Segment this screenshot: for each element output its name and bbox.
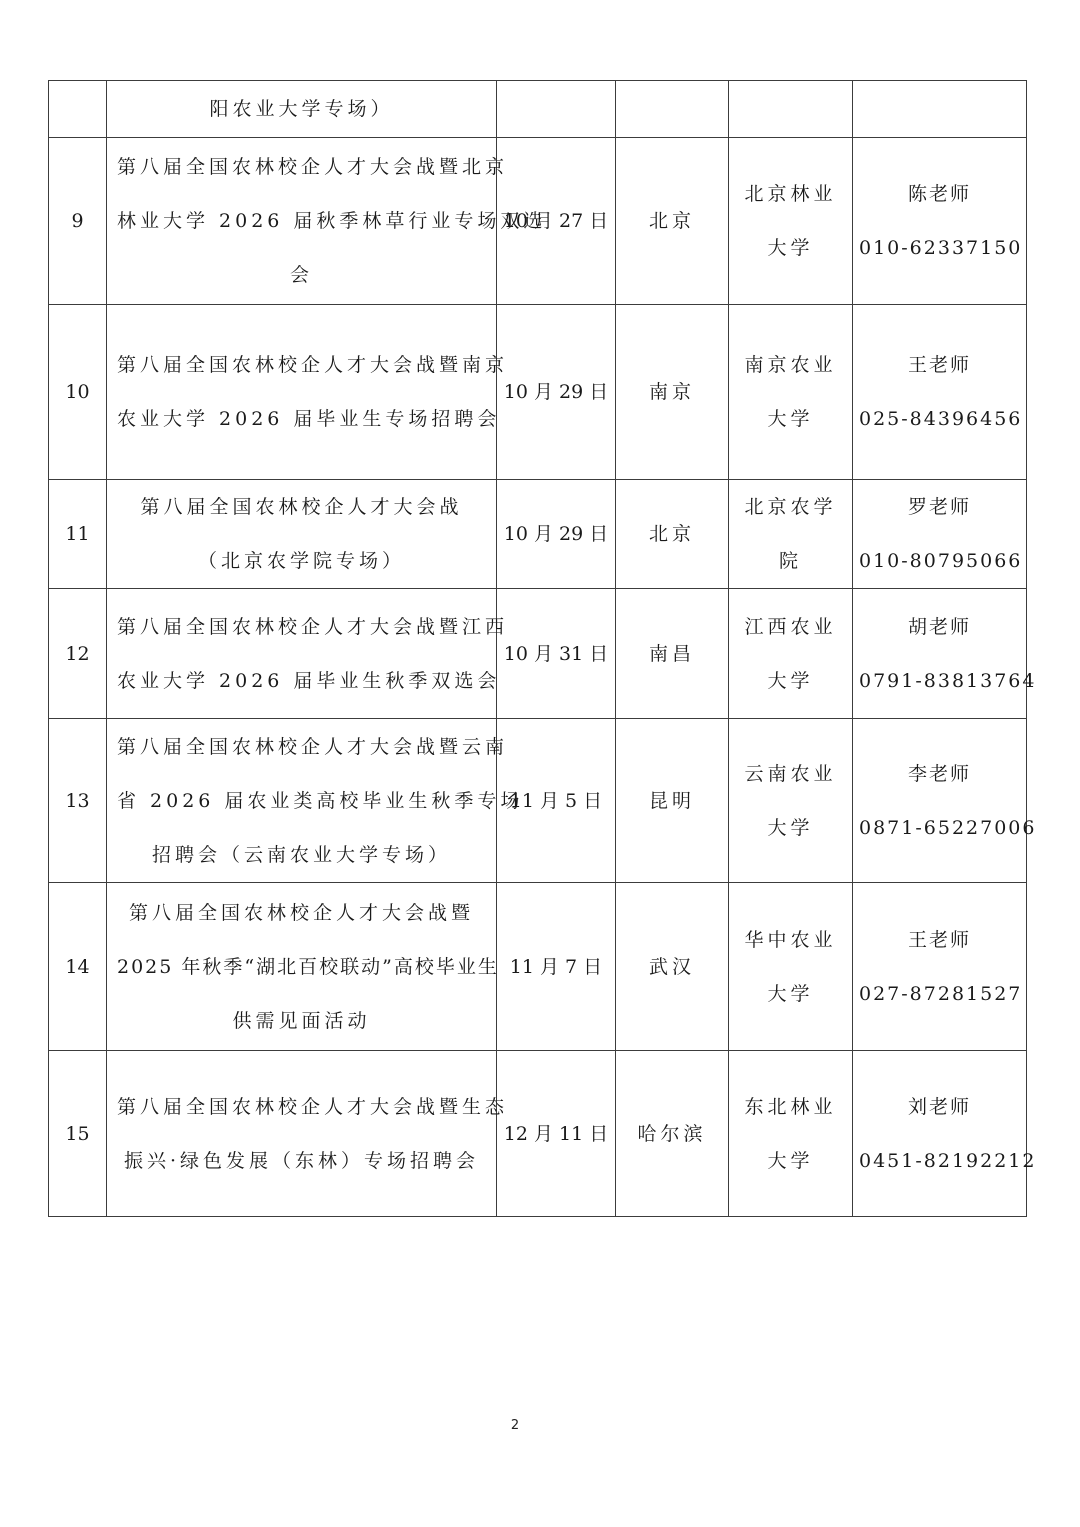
cell-date: 10 月 29 日 bbox=[497, 305, 616, 480]
cell-city: 哈尔滨 bbox=[616, 1051, 729, 1217]
host-line: 华中农业 bbox=[735, 913, 846, 967]
cell-no: 9 bbox=[49, 138, 107, 305]
cell-no: 10 bbox=[49, 305, 107, 480]
contact-name: 罗老师 bbox=[859, 480, 1020, 534]
cell-host: 北京农学 院 bbox=[729, 480, 853, 589]
host-line: 大学 bbox=[735, 221, 846, 275]
cell-date bbox=[497, 81, 616, 138]
cell-city: 北京 bbox=[616, 138, 729, 305]
cell-contact: 陈老师 010-62337150 bbox=[853, 138, 1027, 305]
title-line: 第八届全国农林校企人才大会战暨生态 bbox=[117, 1080, 486, 1134]
cell-contact: 刘老师 0451-82192212 bbox=[853, 1051, 1027, 1217]
contact-phone: 010-62337150 bbox=[859, 221, 1020, 275]
table-row: 12 第八届全国农林校企人才大会战暨江西 农业大学 2026 届毕业生秋季双选会… bbox=[49, 589, 1027, 719]
host-line: 院 bbox=[735, 534, 846, 588]
cell-event-title: 第八届全国农林校企人才大会战暨生态 振兴·绿色发展（东林）专场招聘会 bbox=[107, 1051, 497, 1217]
cell-no bbox=[49, 81, 107, 138]
cell-contact: 王老师 027-87281527 bbox=[853, 883, 1027, 1051]
cell-host: 云南农业 大学 bbox=[729, 719, 853, 883]
host-line: 大学 bbox=[735, 801, 846, 855]
contact-phone: 025-84396456 bbox=[859, 392, 1020, 446]
cell-event-title: 第八届全国农林校企人才大会战暨 2025 年秋季“湖北百校联动”高校毕业生 供需… bbox=[107, 883, 497, 1051]
title-line: 第八届全国农林校企人才大会战暨云南 bbox=[117, 720, 486, 774]
cell-city: 南昌 bbox=[616, 589, 729, 719]
host-line: 东北林业 bbox=[735, 1080, 846, 1134]
cell-event-title: 第八届全国农林校企人才大会战暨云南 省 2026 届农业类高校毕业生秋季专场 招… bbox=[107, 719, 497, 883]
job-fair-schedule-table: 阳农业大学专场） 9 第八届全国农林校企人才大会战暨北京 林业大学 2026 届… bbox=[48, 80, 1027, 1217]
cell-date: 10 月 29 日 bbox=[497, 480, 616, 589]
contact-phone: 0871-65227006 bbox=[859, 801, 1020, 855]
title-line: 第八届全国农林校企人才大会战暨南京 bbox=[117, 338, 486, 392]
cell-no: 14 bbox=[49, 883, 107, 1051]
contact-phone: 027-87281527 bbox=[859, 967, 1020, 1021]
title-line: 农业大学 2026 届毕业生秋季双选会 bbox=[117, 654, 486, 708]
cell-no: 12 bbox=[49, 589, 107, 719]
contact-name: 李老师 bbox=[859, 747, 1020, 801]
document-page: 阳农业大学专场） 9 第八届全国农林校企人才大会战暨北京 林业大学 2026 届… bbox=[0, 0, 1080, 1527]
table-row: 14 第八届全国农林校企人才大会战暨 2025 年秋季“湖北百校联动”高校毕业生… bbox=[49, 883, 1027, 1051]
cell-date: 11 月 5 日 bbox=[497, 719, 616, 883]
cell-city bbox=[616, 81, 729, 138]
title-line: 振兴·绿色发展（东林）专场招聘会 bbox=[117, 1134, 486, 1188]
title-line: 第八届全国农林校企人才大会战 bbox=[117, 480, 486, 534]
contact-name: 王老师 bbox=[859, 338, 1020, 392]
cell-host: 华中农业 大学 bbox=[729, 883, 853, 1051]
cell-host: 江西农业 大学 bbox=[729, 589, 853, 719]
contact-phone: 0451-82192212 bbox=[859, 1134, 1020, 1188]
host-line: 大学 bbox=[735, 392, 846, 446]
contact-name: 陈老师 bbox=[859, 167, 1020, 221]
table-row: 13 第八届全国农林校企人才大会战暨云南 省 2026 届农业类高校毕业生秋季专… bbox=[49, 719, 1027, 883]
title-line: 省 2026 届农业类高校毕业生秋季专场 bbox=[117, 774, 486, 828]
table-row-continued: 阳农业大学专场） bbox=[49, 81, 1027, 138]
cell-no: 11 bbox=[49, 480, 107, 589]
title-line: 2025 年秋季“湖北百校联动”高校毕业生 bbox=[117, 940, 486, 994]
cell-event-title: 第八届全国农林校企人才大会战暨南京 农业大学 2026 届毕业生专场招聘会 bbox=[107, 305, 497, 480]
host-line: 南京农业 bbox=[735, 338, 846, 392]
page-number: 2 bbox=[0, 1418, 1030, 1433]
title-line: 会 bbox=[117, 248, 486, 302]
contact-phone: 010-80795066 bbox=[859, 534, 1020, 588]
table-row: 11 第八届全国农林校企人才大会战 （北京农学院专场） 10 月 29 日 北京… bbox=[49, 480, 1027, 589]
cell-contact: 李老师 0871-65227006 bbox=[853, 719, 1027, 883]
host-line: 云南农业 bbox=[735, 747, 846, 801]
cell-date: 10 月 31 日 bbox=[497, 589, 616, 719]
cell-event-title: 阳农业大学专场） bbox=[107, 81, 497, 138]
cell-event-title: 第八届全国农林校企人才大会战暨北京 林业大学 2026 届秋季林草行业专场双选 … bbox=[107, 138, 497, 305]
cell-contact: 胡老师 0791-83813764 bbox=[853, 589, 1027, 719]
table-row: 10 第八届全国农林校企人才大会战暨南京 农业大学 2026 届毕业生专场招聘会… bbox=[49, 305, 1027, 480]
host-line: 大学 bbox=[735, 967, 846, 1021]
contact-phone: 0791-83813764 bbox=[859, 654, 1020, 708]
cell-host: 北京林业 大学 bbox=[729, 138, 853, 305]
cell-no: 15 bbox=[49, 1051, 107, 1217]
title-line: 第八届全国农林校企人才大会战暨 bbox=[117, 886, 486, 940]
contact-name: 刘老师 bbox=[859, 1080, 1020, 1134]
title-line: 招聘会（云南农业大学专场） bbox=[117, 828, 486, 882]
cell-date: 10 月 27 日 bbox=[497, 138, 616, 305]
cell-host bbox=[729, 81, 853, 138]
title-line: （北京农学院专场） bbox=[117, 534, 486, 588]
cell-host: 东北林业 大学 bbox=[729, 1051, 853, 1217]
table-row: 15 第八届全国农林校企人才大会战暨生态 振兴·绿色发展（东林）专场招聘会 12… bbox=[49, 1051, 1027, 1217]
host-line: 大学 bbox=[735, 654, 846, 708]
host-line: 大学 bbox=[735, 1134, 846, 1188]
cell-city: 南京 bbox=[616, 305, 729, 480]
title-line: 第八届全国农林校企人才大会战暨北京 bbox=[117, 140, 486, 194]
title-line: 第八届全国农林校企人才大会战暨江西 bbox=[117, 600, 486, 654]
cell-date: 11 月 7 日 bbox=[497, 883, 616, 1051]
cell-event-title: 第八届全国农林校企人才大会战 （北京农学院专场） bbox=[107, 480, 497, 589]
title-line: 供需见面活动 bbox=[117, 994, 486, 1048]
cell-host: 南京农业 大学 bbox=[729, 305, 853, 480]
cell-contact: 罗老师 010-80795066 bbox=[853, 480, 1027, 589]
host-line: 北京农学 bbox=[735, 480, 846, 534]
contact-name: 王老师 bbox=[859, 913, 1020, 967]
cell-event-title: 第八届全国农林校企人才大会战暨江西 农业大学 2026 届毕业生秋季双选会 bbox=[107, 589, 497, 719]
title-line: 阳农业大学专场） bbox=[117, 82, 486, 136]
host-line: 北京林业 bbox=[735, 167, 846, 221]
cell-city: 北京 bbox=[616, 480, 729, 589]
host-line: 江西农业 bbox=[735, 600, 846, 654]
table-row: 9 第八届全国农林校企人才大会战暨北京 林业大学 2026 届秋季林草行业专场双… bbox=[49, 138, 1027, 305]
cell-date: 12 月 11 日 bbox=[497, 1051, 616, 1217]
title-line: 农业大学 2026 届毕业生专场招聘会 bbox=[117, 392, 486, 446]
cell-contact: 王老师 025-84396456 bbox=[853, 305, 1027, 480]
title-line: 林业大学 2026 届秋季林草行业专场双选 bbox=[117, 194, 486, 248]
cell-contact bbox=[853, 81, 1027, 138]
contact-name: 胡老师 bbox=[859, 600, 1020, 654]
cell-no: 13 bbox=[49, 719, 107, 883]
cell-city: 武汉 bbox=[616, 883, 729, 1051]
cell-city: 昆明 bbox=[616, 719, 729, 883]
